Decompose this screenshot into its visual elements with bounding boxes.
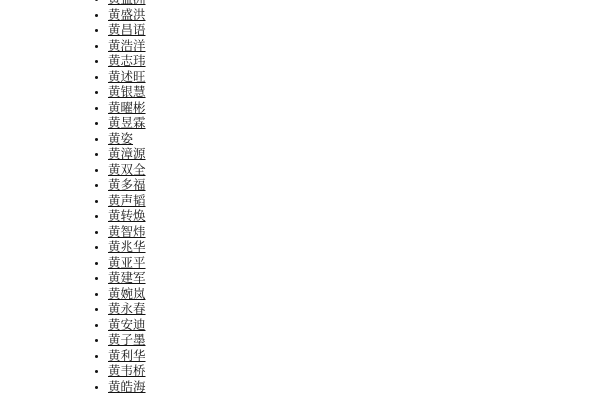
- list-item: 黄建军: [108, 270, 600, 286]
- person-link[interactable]: 黄银慧: [108, 84, 146, 99]
- list-item: 黄志玮: [108, 53, 600, 69]
- person-link[interactable]: 黄述旺: [108, 69, 146, 84]
- list-item: 黄子墨: [108, 332, 600, 348]
- person-link[interactable]: 黄益洲: [108, 0, 146, 6]
- list-item: 黄韦桥: [108, 363, 600, 379]
- list-item: 黄双全: [108, 162, 600, 178]
- list-item: 黄永春: [108, 301, 600, 317]
- list-item: 黄声韬: [108, 193, 600, 209]
- person-link[interactable]: 黄永春: [108, 301, 146, 316]
- list-item: 黄兆华: [108, 239, 600, 255]
- list-item: 黄婉岚: [108, 286, 600, 302]
- person-link[interactable]: 黄韦桥: [108, 363, 146, 378]
- person-link[interactable]: 黄志玮: [108, 53, 146, 68]
- person-link[interactable]: 黄声韬: [108, 193, 146, 208]
- person-link[interactable]: 黄兆华: [108, 239, 146, 254]
- person-name-list: 黄益洲黄盛洪黄昌语黄浩洋黄志玮黄述旺黄银慧黄曜彬黄昱霖黄姿黄漳源黄双全黄多福黄声…: [0, 0, 600, 394]
- list-item: 黄述旺: [108, 69, 600, 85]
- person-link[interactable]: 黄浩洋: [108, 38, 146, 53]
- person-link[interactable]: 黄姿: [108, 131, 133, 146]
- list-item: 黄安迪: [108, 317, 600, 333]
- list-item: 黄姿: [108, 131, 600, 147]
- person-link[interactable]: 黄利华: [108, 348, 146, 363]
- person-link[interactable]: 黄建军: [108, 270, 146, 285]
- list-item: 黄漳源: [108, 146, 600, 162]
- list-item: 黄昌语: [108, 22, 600, 38]
- list-item: 黄盛洪: [108, 7, 600, 23]
- list-item: 黄亚平: [108, 255, 600, 271]
- person-link[interactable]: 黄安迪: [108, 317, 146, 332]
- list-item: 黄多福: [108, 177, 600, 193]
- person-link[interactable]: 黄昱霖: [108, 115, 146, 130]
- person-link[interactable]: 黄曜彬: [108, 100, 146, 115]
- list-item: 黄昱霖: [108, 115, 600, 131]
- list-item: 黄银慧: [108, 84, 600, 100]
- list-item: 黄智炜: [108, 224, 600, 240]
- list-item: 黄曜彬: [108, 100, 600, 116]
- person-link[interactable]: 黄亚平: [108, 255, 146, 270]
- list-item: 黄转焕: [108, 208, 600, 224]
- person-link[interactable]: 黄昌语: [108, 22, 146, 37]
- person-link[interactable]: 黄漳源: [108, 146, 146, 161]
- list-item: 黄皓海: [108, 379, 600, 395]
- person-link[interactable]: 黄双全: [108, 162, 146, 177]
- person-link[interactable]: 黄子墨: [108, 332, 146, 347]
- person-link[interactable]: 黄智炜: [108, 224, 146, 239]
- person-link[interactable]: 黄盛洪: [108, 7, 146, 22]
- person-link[interactable]: 黄转焕: [108, 208, 146, 223]
- person-link[interactable]: 黄多福: [108, 177, 146, 192]
- list-item: 黄利华: [108, 348, 600, 364]
- list-item: 黄浩洋: [108, 38, 600, 54]
- person-link[interactable]: 黄婉岚: [108, 286, 146, 301]
- person-link[interactable]: 黄皓海: [108, 379, 146, 394]
